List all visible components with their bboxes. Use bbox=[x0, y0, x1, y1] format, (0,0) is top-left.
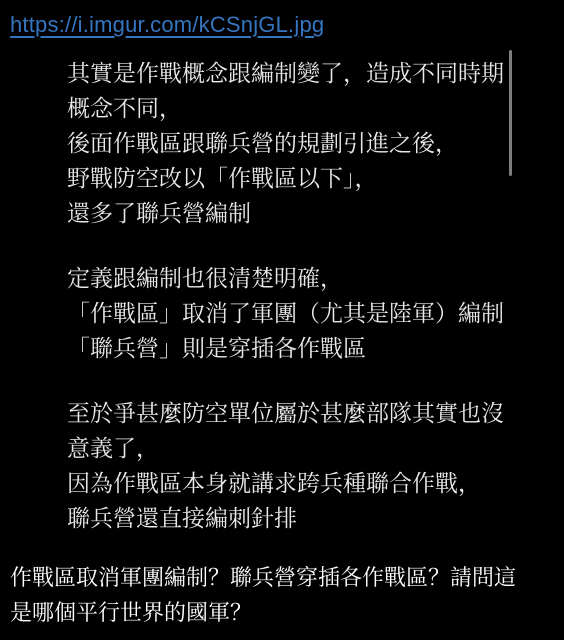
quote-line: 因為作戰區本身就講求跨兵種聯合作戰， bbox=[67, 466, 519, 501]
quote-line: 還多了聯兵營編制 bbox=[67, 196, 519, 231]
scrollbar-thumb[interactable] bbox=[509, 50, 512, 176]
quote-line: 聯兵營還直接編刺針排 bbox=[67, 501, 519, 536]
caption: 作戰區取消軍團編制？聯兵營穿插各作戰區？請問這 是哪個平行世界的國軍？ bbox=[10, 560, 554, 630]
caption-line: 是哪個平行世界的國軍？ bbox=[10, 595, 554, 630]
quote-line: 意義了， bbox=[67, 431, 519, 466]
caption-line: 作戰區取消軍團編制？聯兵營穿插各作戰區？請問這 bbox=[10, 560, 554, 595]
quote-line: 至於爭甚麼防空單位屬於甚麼部隊其實也沒 bbox=[67, 396, 519, 431]
post-screenshot-root: https://i.imgur.com/kCSnjGL.jpg 其實是作戰概念跟… bbox=[0, 0, 564, 640]
quote-line: 定義跟編制也很清楚明確， bbox=[67, 261, 519, 296]
quote-paragraph-2: 定義跟編制也很清楚明確， 「作戰區」取消了軍團（尤其是陸軍）編制 「聯兵營」則是… bbox=[67, 261, 519, 366]
quote-line: 概念不同， bbox=[67, 91, 519, 126]
imgur-link[interactable]: https://i.imgur.com/kCSnjGL.jpg bbox=[10, 12, 324, 38]
quoted-screenshot: 其實是作戰概念跟編制變了，造成不同時期 概念不同， 後面作戰區跟聯兵營的規劃引進… bbox=[67, 56, 519, 536]
quote-line: 野戰防空改以「作戰區以下」， bbox=[67, 161, 519, 196]
link-row: https://i.imgur.com/kCSnjGL.jpg bbox=[0, 0, 564, 38]
quote-line: 「作戰區」取消了軍團（尤其是陸軍）編制 bbox=[67, 296, 519, 331]
quote-paragraph-3: 至於爭甚麼防空單位屬於甚麼部隊其實也沒 意義了， 因為作戰區本身就講求跨兵種聯合… bbox=[67, 396, 519, 536]
quote-line: 其實是作戰概念跟編制變了，造成不同時期 bbox=[67, 56, 519, 91]
quote-line: 「聯兵營」則是穿插各作戰區 bbox=[67, 331, 519, 366]
quote-paragraph-1: 其實是作戰概念跟編制變了，造成不同時期 概念不同， 後面作戰區跟聯兵營的規劃引進… bbox=[67, 56, 519, 231]
quote-line: 後面作戰區跟聯兵營的規劃引進之後， bbox=[67, 126, 519, 161]
